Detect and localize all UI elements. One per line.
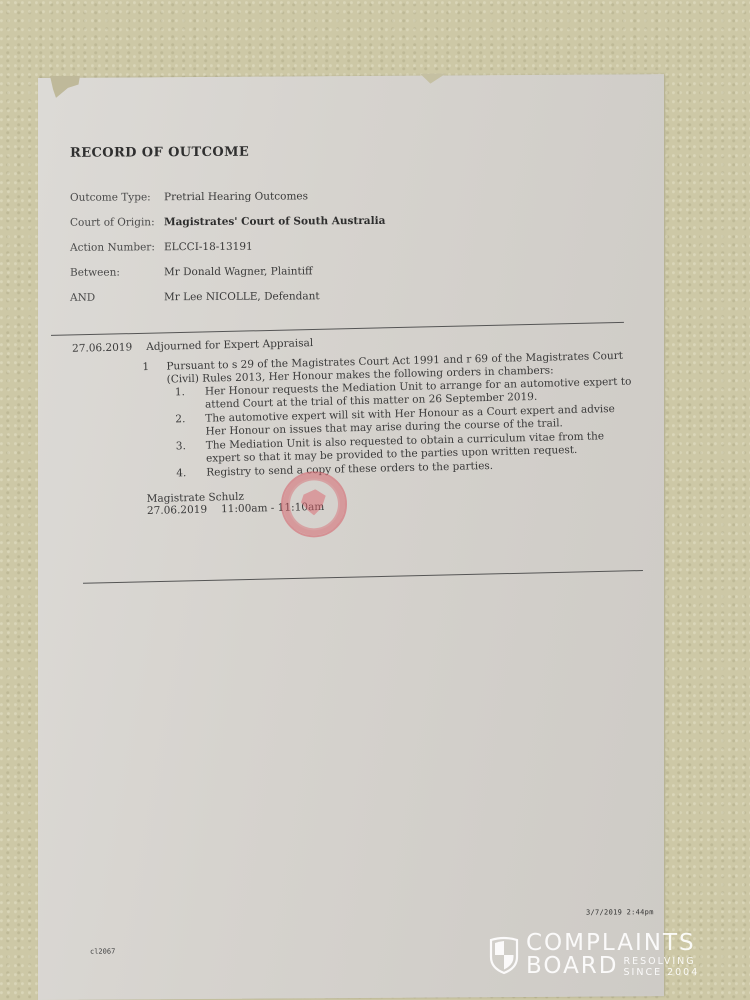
sub-order-number: 3. xyxy=(176,440,206,466)
watermark-tagline: RESOLVING SINCE 2004 xyxy=(624,956,700,978)
field-label: Between: xyxy=(70,266,164,279)
order: 1 Pursuant to s 29 of the Magistrates Co… xyxy=(72,350,634,483)
field-value: Pretrial Hearing Outcomes xyxy=(164,190,308,203)
field-value: ELCCI-18-13191 xyxy=(164,240,253,253)
field-between: Between: Mr Donald Wagner, Plaintiff xyxy=(70,258,385,285)
field-label: AND xyxy=(70,291,164,304)
divider-bottom xyxy=(83,570,643,584)
sub-order-number: 4. xyxy=(176,467,206,480)
signoff-date: 27.06.2019 xyxy=(147,504,207,518)
tagline-2: SINCE 2004 xyxy=(624,967,700,978)
sub-order-number: 2. xyxy=(175,413,205,439)
watermark-bottom: BOARD RESOLVING SINCE 2004 xyxy=(526,955,699,978)
sub-order-number: 1. xyxy=(175,386,205,412)
entry-heading: Adjourned for Expert Appraisal xyxy=(146,337,313,353)
form-code: cl2067 xyxy=(90,948,115,956)
field-outcome-type: Outcome Type: Pretrial Hearing Outcomes xyxy=(70,183,385,210)
shield-icon xyxy=(488,935,520,975)
sub-orders: 1. Her Honour requests the Mediation Uni… xyxy=(175,376,635,480)
outcome-entry: 27.06.2019 Adjourned for Expert Appraisa… xyxy=(72,330,635,520)
field-court-of-origin: Court of Origin: Magistrates' Court of S… xyxy=(70,208,385,235)
entry-date: 27.06.2019 xyxy=(72,341,132,354)
document-title: RECORD OF OUTCOME xyxy=(70,145,249,161)
signoff: Magistrate Schulz 27.06.2019 11:00am - 1… xyxy=(147,481,635,517)
order-number: 1 xyxy=(142,361,149,373)
field-label: Action Number: xyxy=(70,241,164,254)
field-label: Court of Origin: xyxy=(70,216,164,229)
watermark-line2: BOARD xyxy=(526,955,619,978)
tagline-1: RESOLVING xyxy=(624,956,700,967)
field-action-number: Action Number: ELCCI-18-13191 xyxy=(70,233,385,260)
field-and: AND Mr Lee NICOLLE, Defendant xyxy=(70,283,385,310)
document-page: RECORD OF OUTCOME Outcome Type: Pretrial… xyxy=(38,74,664,1000)
field-value: Magistrates' Court of South Australia xyxy=(164,214,385,227)
watermark-line1: COMPLAINTS xyxy=(526,932,699,955)
record-of-outcome: RECORD OF OUTCOME Outcome Type: Pretrial… xyxy=(38,74,664,1000)
seal-emblem-icon xyxy=(301,489,327,515)
watermark-text: COMPLAINTS BOARD RESOLVING SINCE 2004 xyxy=(526,932,699,978)
field-value: Mr Lee NICOLLE, Defendant xyxy=(164,290,320,303)
complaints-board-watermark: COMPLAINTS BOARD RESOLVING SINCE 2004 xyxy=(488,932,699,978)
case-details: Outcome Type: Pretrial Hearing Outcomes … xyxy=(70,183,385,310)
print-timestamp: 3/7/2019 2:44pm xyxy=(586,908,654,916)
field-value: Mr Donald Wagner, Plaintiff xyxy=(164,265,313,278)
court-seal-stamp-icon xyxy=(281,471,347,537)
field-label: Outcome Type: xyxy=(70,191,164,204)
